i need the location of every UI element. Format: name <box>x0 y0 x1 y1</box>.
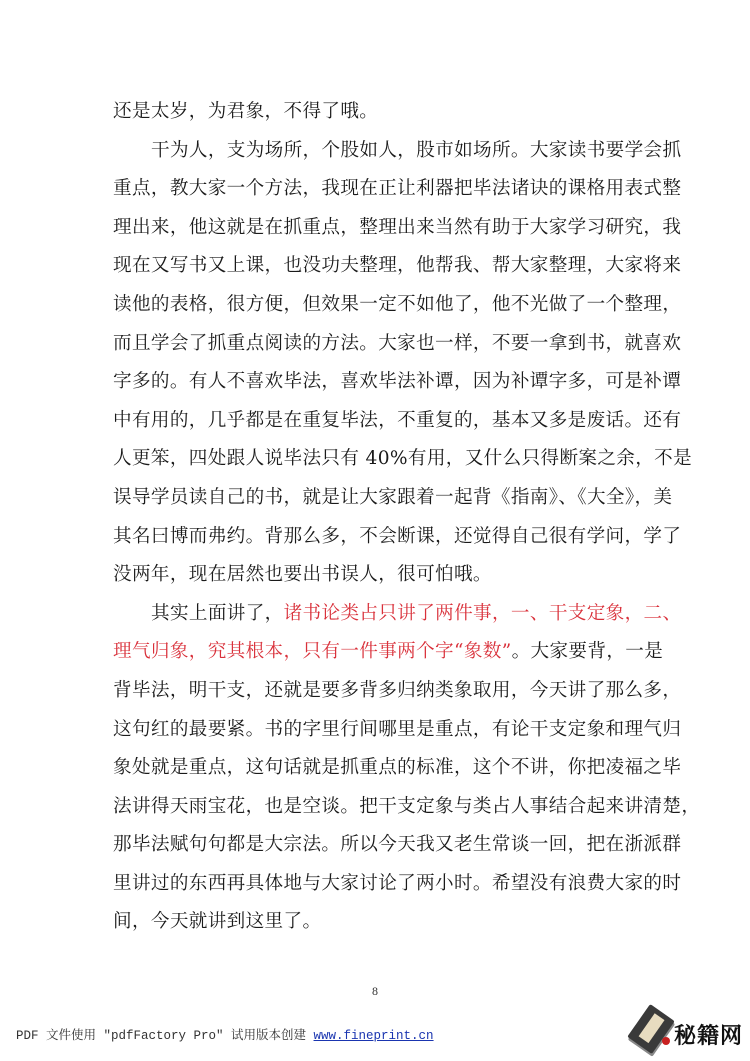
seal-icon <box>662 1037 670 1045</box>
page-number: 8 <box>0 984 750 999</box>
text-line: 理出来，他这就是在抓重点，整理出来当然有助于大家学习研究，我 <box>113 212 639 251</box>
text-line: 背毕法，明干支，还就是要多背多归纳类象取用，今天讲了那么多， <box>113 675 639 714</box>
text-line: 人更笨，四处跟人说毕法只有 40%有用，又什么只得断案之余，不是 <box>113 443 639 482</box>
text-line: 而且学会了抓重点阅读的方法。大家也一样，不要一拿到书，就喜欢 <box>113 328 639 367</box>
site-logo[interactable]: 秘籍网 <box>628 1005 746 1057</box>
book-label <box>639 1013 665 1043</box>
fineprint-link[interactable]: www.fineprint.cn <box>314 1029 434 1043</box>
highlighted-line: 理气归象，究其根本，只有一件事两个字“象数”。大家要背，一是 <box>113 636 639 675</box>
text-line: 间，今天就讲到这里了。 <box>113 906 639 945</box>
plain-text: 其实上面讲了， <box>151 603 284 624</box>
text-line: 其名曰博而弗约。背那么多，不会断课，还觉得自己很有学问，学了 <box>113 521 639 560</box>
red-highlight-text: 诸书论类占只讲了两件事，一、干支定象，二、 <box>284 603 682 624</box>
pdf-watermark-footer: PDF 文件使用 "pdfFactory Pro" 试用版本创建 www.fin… <box>16 1025 434 1043</box>
highlighted-line: 其实上面讲了，诸书论类占只讲了两件事，一、干支定象，二、 <box>113 598 639 637</box>
document-body: 还是太岁，为君象，不得了哦。 干为人，支为场所，个股如人，股市如场所。大家读书要… <box>113 96 639 945</box>
text-line: 干为人，支为场所，个股如人，股市如场所。大家读书要学会抓 <box>113 135 639 174</box>
text-line: 法讲得天雨宝花，也是空谈。把干支定象与类占人事结合起来讲清楚， <box>113 791 639 830</box>
text-line: 重点，教大家一个方法，我现在正让利器把毕法诸诀的课格用表式整 <box>113 173 639 212</box>
text-line: 象处就是重点，这句话就是抓重点的标准，这个不讲，你把凌福之毕 <box>113 752 639 791</box>
text-line: 那毕法赋句句都是大宗法。所以今天我又老生常谈一回，把在浙派群 <box>113 829 639 868</box>
text-line: 中有用的，几乎都是在重复毕法，不重复的，基本又多是废话。还有 <box>113 405 639 444</box>
text-line: 这句红的最要紧。书的字里行间哪里是重点，有论干支定象和理气归 <box>113 714 639 753</box>
book-icon <box>627 1004 675 1054</box>
watermark-text: PDF 文件使用 "pdfFactory Pro" 试用版本创建 <box>16 1029 314 1043</box>
red-highlight-text: 理气归象，究其根本，只有一件事两个字“象数” <box>113 641 512 662</box>
text-line: 误导学员读自己的书，就是让大家跟着一起背《指南》、《大全》，美 <box>113 482 639 521</box>
text-line: 没两年，现在居然也要出书误人，很可怕哦。 <box>113 559 639 598</box>
text-line: 读他的表格，很方便，但效果一定不如他了，他不光做了一个整理， <box>113 289 639 328</box>
text-line: 里讲过的东西再具体地与大家讨论了两小时。希望没有浪费大家的时 <box>113 868 639 907</box>
text-line: 现在又写书又上课，也没功夫整理，他帮我、帮大家整理，大家将来 <box>113 250 639 289</box>
logo-text: 秘籍网 <box>674 1019 743 1050</box>
plain-text: 。大家要背，一是 <box>512 641 664 662</box>
text-line: 字多的。有人不喜欢毕法，喜欢毕法补谭，因为补谭字多，可是补谭 <box>113 366 639 405</box>
text-line: 还是太岁，为君象，不得了哦。 <box>113 96 639 135</box>
